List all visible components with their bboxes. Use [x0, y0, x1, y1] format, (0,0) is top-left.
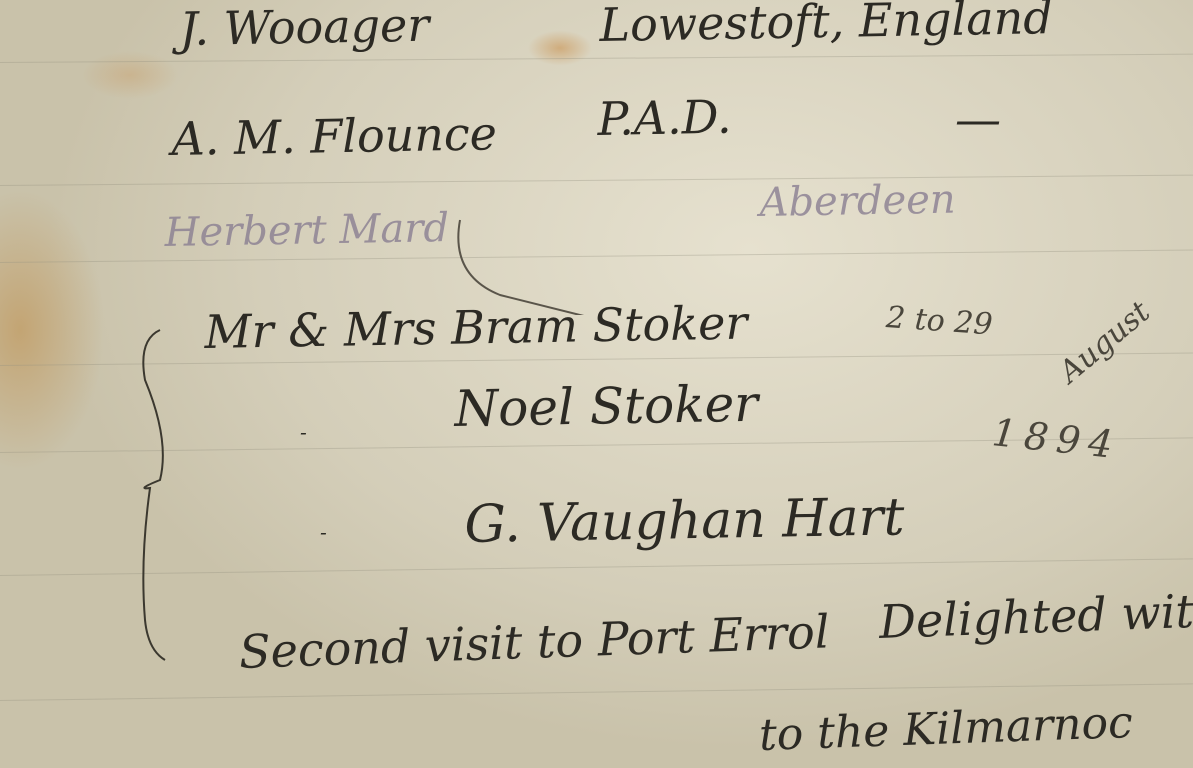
- ruled-line: [0, 175, 1193, 186]
- comment-text: Second visit to Port Errol: [238, 604, 830, 679]
- entry-2-name: A. M. Flounce: [171, 106, 497, 166]
- group-name-2: Noel Stoker: [454, 375, 759, 438]
- entry-2-dash: —: [955, 92, 1001, 146]
- ditto-mark: -: [320, 520, 327, 544]
- entry-2-location: P.A.D.: [597, 90, 732, 146]
- group-name-3: G. Vaughan Hart: [464, 487, 905, 555]
- bottom-line-text: to the Kilmarnoc: [758, 697, 1133, 761]
- date-year: 1894: [990, 410, 1123, 467]
- entry-1-location: Lowestoft, England: [599, 0, 1053, 52]
- entry-3-location: Aberdeen: [759, 177, 956, 226]
- comment-continuation: Delighted wit: [878, 584, 1193, 649]
- ruled-line: [0, 683, 1193, 701]
- entry-1-name: J. Wooager: [179, 0, 430, 56]
- ditto-mark: -: [300, 420, 307, 444]
- ruled-line: [0, 54, 1193, 63]
- date-month: August: [1053, 294, 1157, 390]
- brace-icon: [130, 320, 180, 670]
- group-name-1: Mr & Mrs Bram Stoker: [204, 296, 748, 359]
- entry-3-name: Herbert Mard: [164, 205, 449, 256]
- date-range: 2 to 29: [885, 300, 994, 342]
